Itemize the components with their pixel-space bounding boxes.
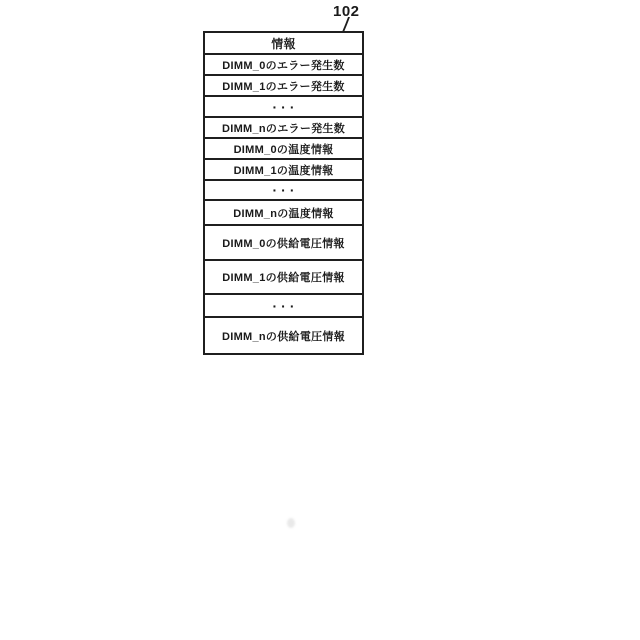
scan-artifact	[287, 518, 295, 528]
table-row-ellipsis: ···	[205, 295, 362, 318]
figure-canvas: 102 情報 DIMM_0のエラー発生数 DIMM_1のエラー発生数 ··· D…	[0, 0, 640, 640]
table-row: DIMM_1のエラー発生数	[205, 76, 362, 97]
table-row-ellipsis: ···	[205, 97, 362, 118]
table-row: DIMM_0の供給電圧情報	[205, 226, 362, 261]
table-row: DIMM_nの供給電圧情報	[205, 318, 362, 353]
table-row: DIMM_0の温度情報	[205, 139, 362, 160]
table-row: DIMM_0のエラー発生数	[205, 55, 362, 76]
table-row-ellipsis: ···	[205, 181, 362, 201]
table-row: DIMM_nの温度情報	[205, 201, 362, 226]
table-header: 情報	[205, 33, 362, 55]
table-row: DIMM_nのエラー発生数	[205, 118, 362, 139]
table-row: DIMM_1の温度情報	[205, 160, 362, 181]
table-row: DIMM_1の供給電圧情報	[205, 261, 362, 295]
info-table: 情報 DIMM_0のエラー発生数 DIMM_1のエラー発生数 ··· DIMM_…	[203, 31, 364, 355]
